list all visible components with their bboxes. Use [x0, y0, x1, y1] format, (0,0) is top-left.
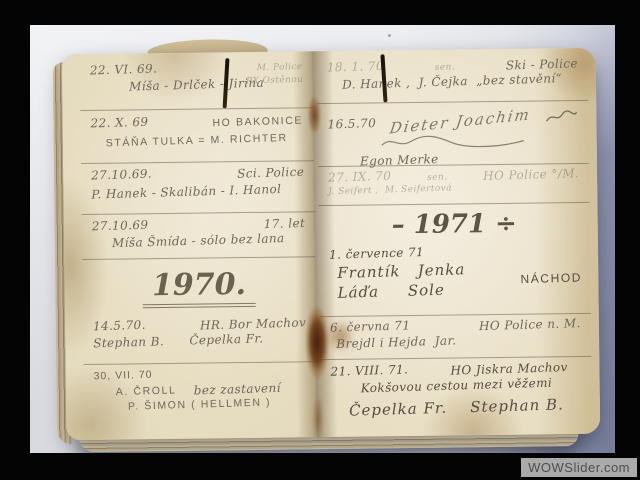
year-heading-1971: – 1971 ÷ [391, 209, 517, 241]
entry-names: J. Seifert , M. Seifertová [328, 183, 452, 197]
dust-speck [388, 34, 391, 37]
entry-names: Láďa Sole [337, 281, 445, 302]
entry-right-3: 27. IX. 70 sen. HO Police °/M. J. Seifer… [326, 164, 581, 205]
entry-location: HO Police °/M. [483, 166, 579, 183]
entry-date: 1. července 71 [329, 245, 424, 262]
entry-location: HR. Bor Machov [200, 315, 307, 332]
entry-left-1: 22. VI. 69. Míša - Drlček - Jirina M. Po… [88, 59, 306, 110]
entry-right-2: 16.5.70 Dieter Joachim Ego [325, 101, 581, 166]
faint-note: M. Police [257, 62, 303, 73]
entry-names: Čepelka Fr. Stephan B. [349, 395, 564, 419]
entry-note: Kokšovou cestou mezi věžemi [360, 376, 552, 396]
flourish-scribble [544, 109, 578, 125]
entry-right-1: 18. 1. 70 sen. Ski - Police D. Hanek , J… [325, 56, 581, 103]
entry-left-4: 27.10.69 17. let Míša Šmída - sólo bez l… [90, 212, 307, 259]
entry-note: sen. [435, 62, 455, 73]
entry-date: 22. VI. 69. [90, 62, 158, 78]
entry-left-3: 27.10.69. Sci. Police P. Hanek - Skalibá… [89, 161, 307, 214]
entry-names: STÁŇA TULKA = M. RICHTER [106, 132, 288, 149]
entry-note: sen. [427, 172, 447, 183]
entry-date: 27.10.69 [92, 218, 149, 234]
photo-frame: 22. VI. 69. Míša - Drlček - Jirina M. Po… [0, 0, 640, 480]
entry-date: 27.10.69. [91, 167, 152, 183]
entry-location: Sci. Police [237, 165, 305, 181]
notebook-pages: 22. VI. 69. Míša - Drlček - Jirina M. Po… [62, 48, 601, 440]
entry-names: Frantík Jenka [337, 260, 465, 282]
entry-left-2: 22. X. 69 HO BAKONICE STÁŇA TULKA = M. R… [88, 108, 306, 163]
entry-names: Brejdl i Hejda Jar. [336, 333, 457, 351]
entry-date: 30, VII. 70 [93, 369, 152, 383]
entry-date: 6. června 71 [330, 318, 411, 334]
wowslider-watermark[interactable]: WOWSlider.com [521, 458, 637, 477]
entry-location: HO BAKONICE [213, 115, 304, 130]
right-page: 18. 1. 70 sen. Ski - Police D. Hanek , J… [313, 48, 601, 437]
faint-note: PX Ostěnou [246, 75, 304, 87]
entry-right-6: 21. VIII. 71. HO Jiskra Machov Kokšovou … [328, 357, 584, 437]
year-heading-block: – 1971 ÷ [327, 203, 582, 246]
entry-date: 21. VIII. 71. [330, 362, 408, 378]
entry-location: HO Police n. M. [479, 316, 581, 333]
entry-date: 18. 1. 70 [327, 59, 384, 75]
year-heading-1970: 1970. [142, 267, 256, 308]
entry-right-5: 6. června 71 HO Police n. M. Brejdl i He… [328, 314, 584, 359]
entry-names: Míša - Drlček - Jirina [129, 76, 264, 94]
entry-location: Ski - Police [505, 56, 578, 72]
entry-names: A. ČROLL [116, 384, 177, 398]
entry-names: P. Hanek - Skalibán - I. Hanol [91, 182, 281, 202]
entry-note: 17. let [263, 216, 305, 231]
entry-right-4: 1. července 71 Frantík Jenka Láďa Sole N… [327, 243, 583, 316]
entry-left-5: 14.5.70. HR. Bor Machov Stephan B. Čepel… [91, 315, 309, 364]
entry-names: Míša Šmída - sólo bez lana [112, 231, 285, 250]
entry-date: 16.5.70 [327, 116, 376, 131]
notebook-photo: 22. VI. 69. Míša - Drlček - Jirina M. Po… [30, 25, 615, 453]
left-page: 22. VI. 69. Míša - Drlček - Jirina M. Po… [62, 51, 318, 440]
entry-date: 14.5.70. [93, 318, 146, 334]
entry-date: 27. IX. 70 [328, 169, 391, 185]
entry-left-6: 30, VII. 70 A. ČROLL bez zastavení P. ŠI… [91, 362, 309, 427]
entry-date: 22. X. 69 [90, 115, 148, 131]
entry-names: Stephan B. Čepelka Fr. [93, 331, 264, 350]
entry-location: NÁCHOD [521, 270, 583, 286]
open-notebook: 22. VI. 69. Míša - Drlček - Jirina M. Po… [62, 48, 601, 440]
entry-note: bez zastavení [193, 381, 281, 398]
entry-names: D. Hanek , J. Čejka „bez stavění“ [342, 71, 563, 92]
year-heading-block: 1970. [90, 257, 308, 318]
entry-names: P. ŠIMON ( HELLMEN ) [128, 396, 272, 412]
